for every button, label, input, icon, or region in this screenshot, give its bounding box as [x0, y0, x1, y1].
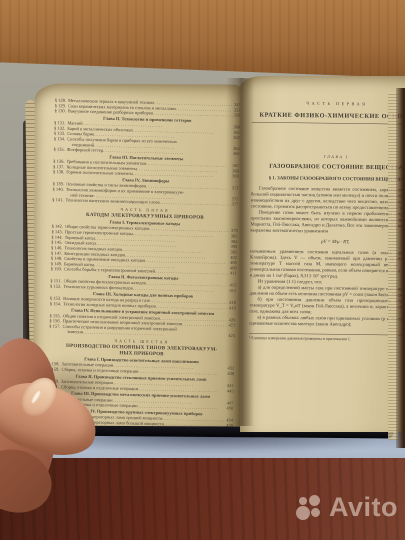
paragraph: Газообразное состояние вещества является… — [251, 186, 405, 212]
right-page-text: ЧАСТЬ ПЕРВАЯ КРАТКИЕ ФИЗИКО-ХИМИЧЕСКИЕ О… — [249, 100, 405, 342]
toc-dot-leader — [160, 200, 230, 207]
footnote: ¹ Единицы измерения давления приведены в… — [249, 333, 405, 343]
right-page: ЧАСТЬ ПЕРВАЯ КРАТКИЕ ФИЗИКО-ХИМИЧЕСКИЕ О… — [240, 76, 405, 432]
paragraph: Поведение газов может быть изучено в пер… — [250, 210, 405, 236]
toc-page-number: 423 — [228, 333, 235, 338]
avito-watermark: Avito — [296, 492, 398, 523]
toc-page-number: 419 — [229, 305, 236, 310]
avito-logo-circle — [309, 495, 320, 506]
toc-entry-number: § 152. — [50, 283, 61, 289]
toc-entry-number: § 138. — [53, 169, 64, 175]
avito-logo-icon — [296, 495, 322, 521]
photo-frame: § 128.Металлические зеркала в вакуумной … — [0, 0, 405, 540]
toc-page-number: 411 — [230, 271, 237, 276]
toc-entry-title: эмиссии — [67, 329, 83, 335]
toc-entry-number: § 141. — [52, 197, 63, 203]
toc-page-number: 369 — [232, 174, 239, 179]
chapter-label: ГЛАВА I — [251, 154, 405, 161]
toc-dot-leader — [182, 321, 227, 327]
part-label: ЧАСТЬ ПЕРВАЯ — [252, 100, 405, 107]
toc-page-number: 362 — [233, 135, 240, 140]
toc-page-number: 366 — [233, 151, 240, 156]
toc-entry-number: § 150. — [51, 266, 62, 272]
toc-entry-number: § 135. — [53, 147, 64, 153]
paragraph: в) в равных объемах любых газов при один… — [249, 315, 405, 329]
toc-page-number: 438 — [227, 371, 234, 376]
toc-page-number: 445 — [227, 388, 234, 393]
toc-page-number: 415 — [229, 288, 236, 293]
toc-entry-number: § 140. — [53, 187, 64, 193]
spacer — [251, 123, 405, 156]
formula: pV = M/μ · RT,(1.1) — [250, 239, 405, 247]
toc-entry-title: Технология нанесения люминесцирующих сло… — [66, 197, 160, 205]
toc-page-number: 372 — [232, 186, 239, 191]
avito-logo-circle — [311, 508, 320, 517]
avito-logo-circle — [299, 497, 307, 505]
chapter-title: ГАЗООБРАЗНОЕ СОСТОЯНИЕ ВЕЩЕСТВА — [251, 162, 405, 172]
section-title: § 1. ЗАКОНЫ ГАЗООБРАЗНОГО СОСТОЯНИЯ ВЕЩЕ… — [251, 175, 405, 183]
avito-logo-circle — [296, 506, 310, 520]
toc-page-number: 421 — [229, 322, 236, 327]
right-edge-shadow — [396, 88, 405, 448]
paragraphs: Газообразное состояние вещества является… — [249, 186, 405, 329]
toc-entry-number: § 154. — [50, 301, 61, 307]
toc-entry-number: § 134. — [54, 136, 65, 142]
toc-page-number: 377 — [231, 202, 238, 207]
toc-entry-number: § 130. — [54, 108, 65, 114]
paragraph: б) при постоянном давлении объем газа пр… — [249, 297, 405, 317]
toc-entry-number: § 157. — [49, 323, 60, 329]
toc-entry-title: Фосфорный геттер — [67, 147, 103, 153]
toc-page-number: 450 — [226, 405, 233, 410]
watermark-label: Avito — [329, 492, 398, 523]
toc-page-number: 458 — [226, 423, 233, 427]
paragraph: называемым уравнением состояния идеальны… — [250, 249, 405, 281]
